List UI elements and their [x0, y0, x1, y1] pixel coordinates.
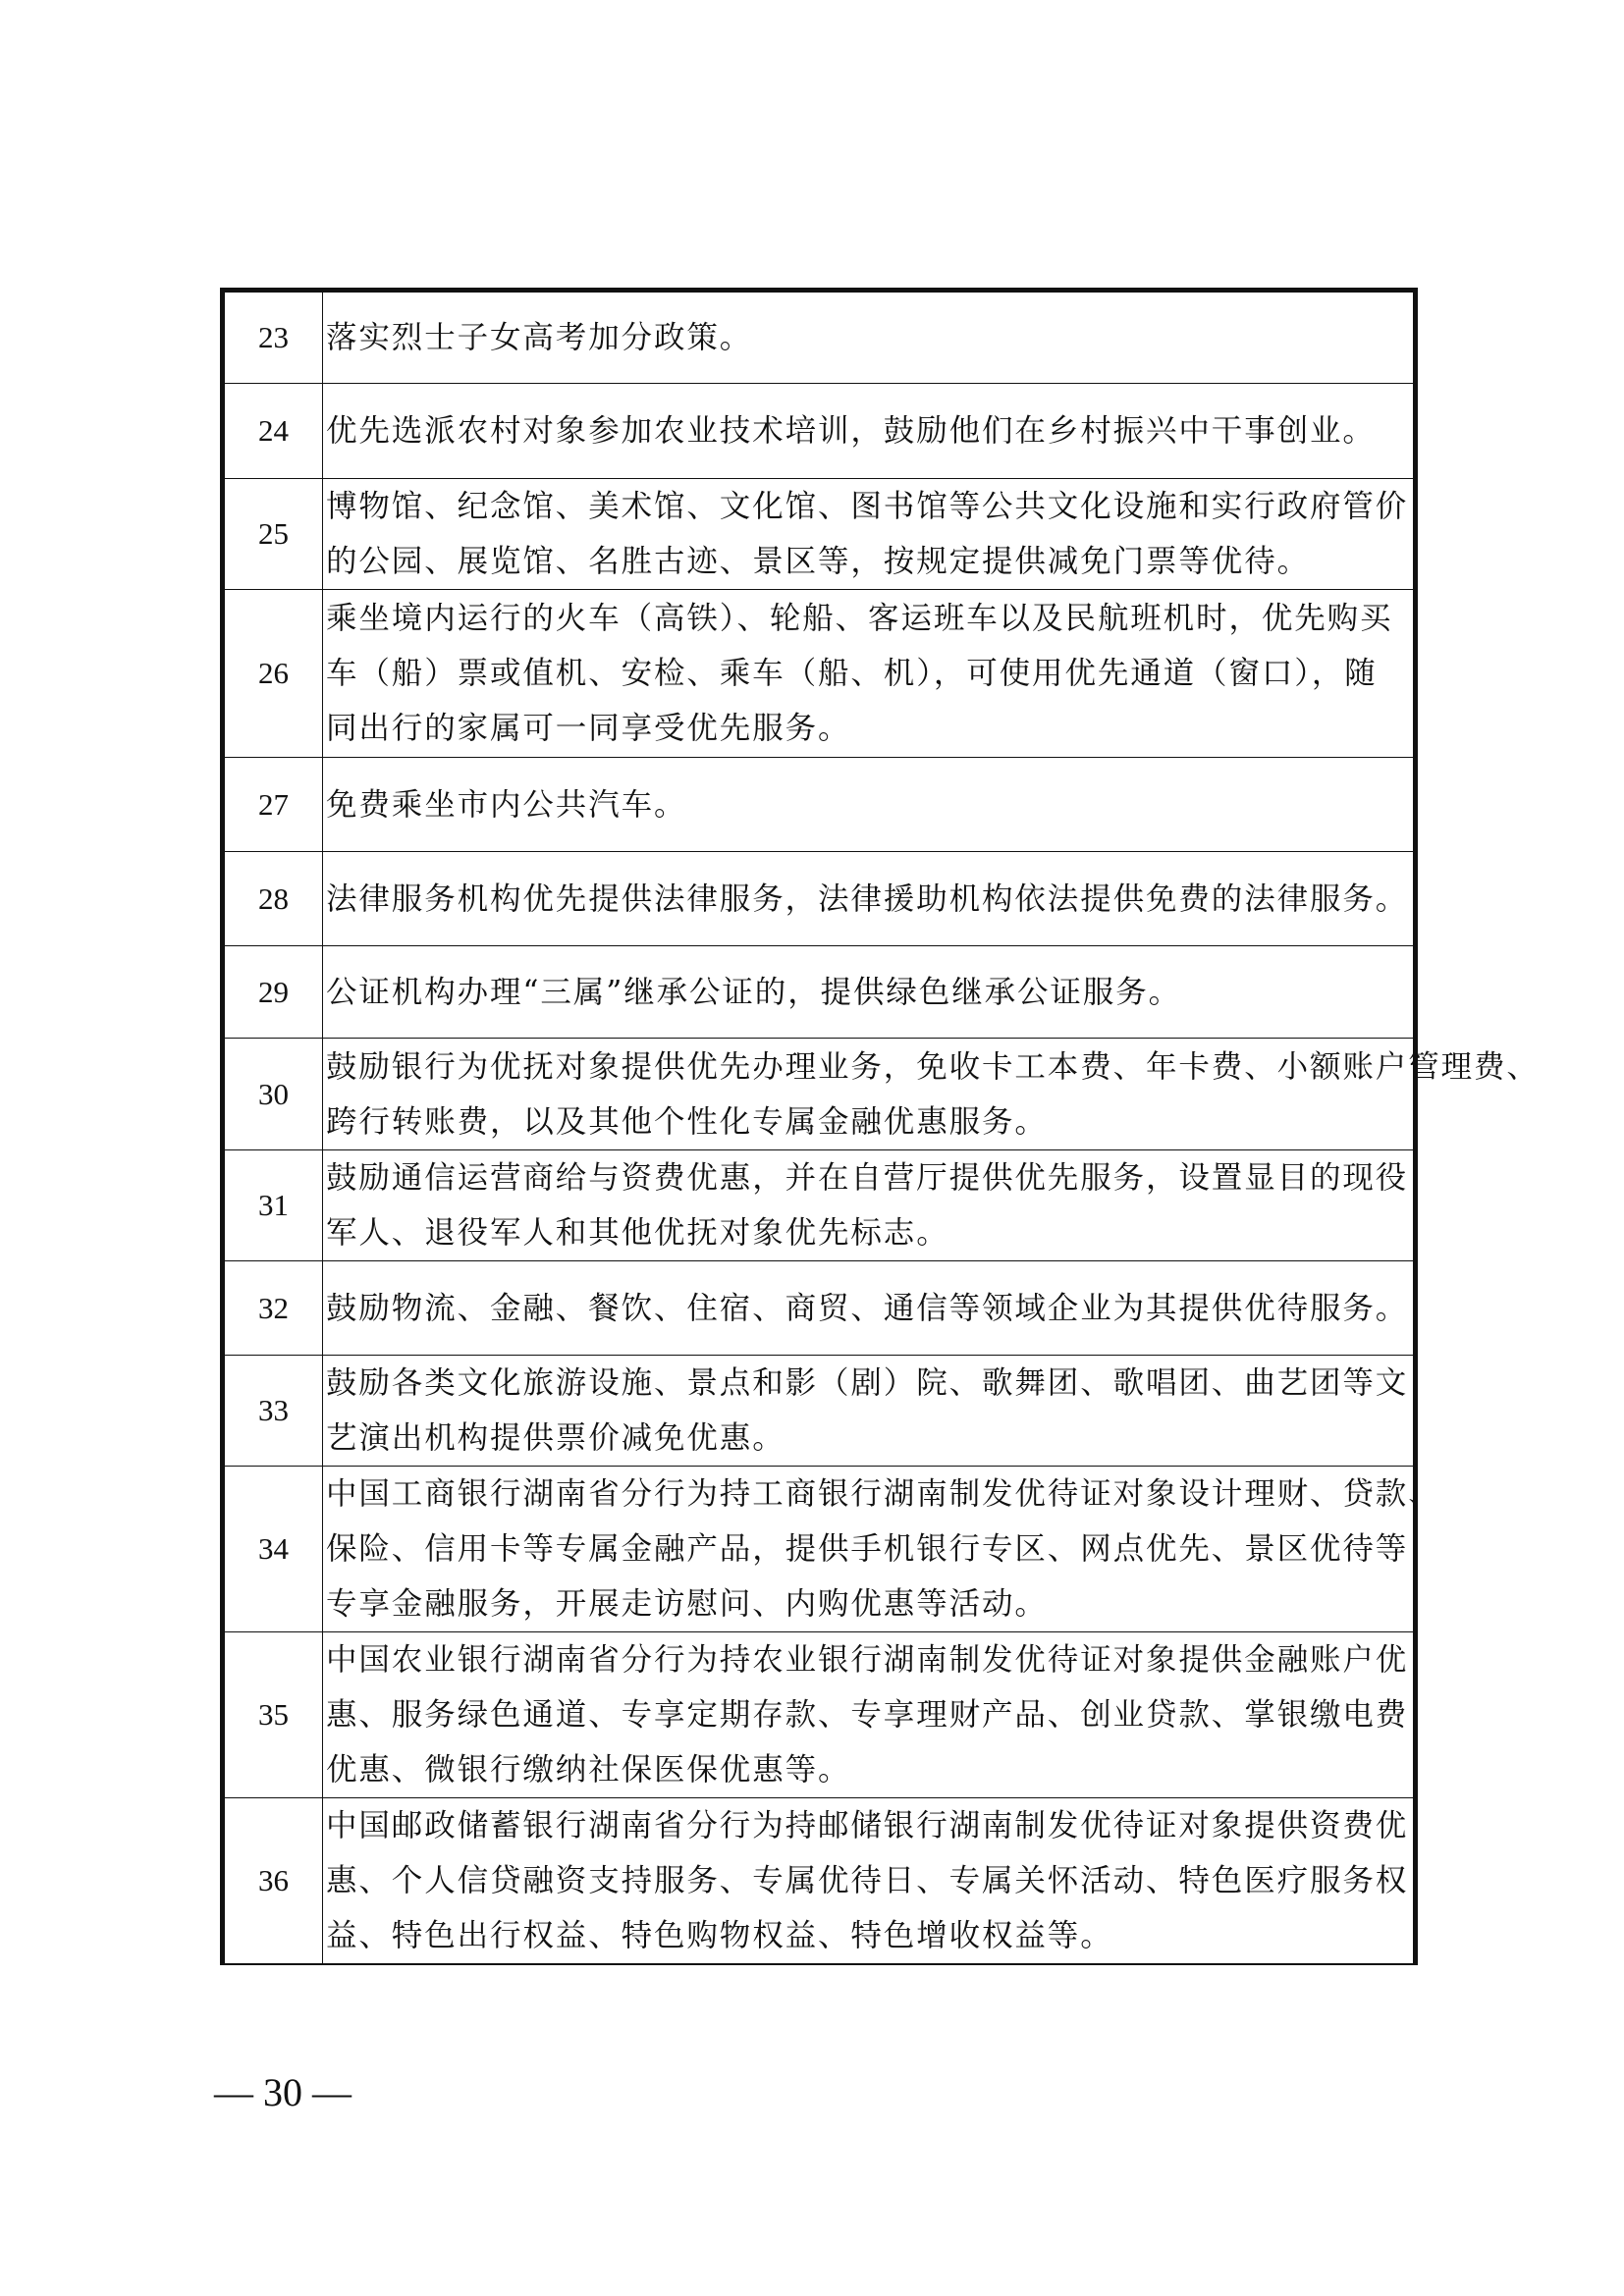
table-row: 33鼓励各类文化旅游设施、景点和影（剧）院、歌舞团、歌唱团、曲艺团等文艺演出机构…	[223, 1356, 1416, 1467]
description-line: 优先选派农村对象参加农业技术培训，鼓励他们在乡村振兴中干事创业。	[326, 403, 1413, 458]
item-description: 中国农业银行湖南省分行为持农业银行湖南制发优待证对象提供金融账户优惠、服务绿色通…	[323, 1632, 1416, 1798]
table-row: 34中国工商银行湖南省分行为持工商银行湖南制发优待证对象设计理财、贷款、保险、信…	[223, 1467, 1416, 1632]
description-line: 中国工商银行湖南省分行为持工商银行湖南制发优待证对象设计理财、贷款、	[326, 1467, 1413, 1522]
description-line: 惠、服务绿色通道、专享定期存款、专享理财产品、创业贷款、掌银缴电费	[326, 1687, 1413, 1742]
description-line: 专享金融服务，开展走访慰问、内购优惠等活动。	[326, 1576, 1413, 1631]
item-number: 31	[223, 1150, 323, 1261]
table-row: 29公证机构办理“三属”继承公证的，提供绿色继承公证服务。	[223, 946, 1416, 1039]
table-row: 32鼓励物流、金融、餐饮、住宿、商贸、通信等领域企业为其提供优待服务。	[223, 1261, 1416, 1356]
item-description: 鼓励通信运营商给与资费优惠，并在自营厅提供优先服务，设置显目的现役军人、退役军人…	[323, 1150, 1416, 1261]
table-body: 23落实烈士子女高考加分政策。24优先选派农村对象参加农业技术培训，鼓励他们在乡…	[223, 291, 1416, 1965]
item-number: 25	[223, 479, 323, 590]
description-line: 军人、退役军人和其他优抚对象优先标志。	[326, 1205, 1413, 1260]
description-line: 落实烈士子女高考加分政策。	[326, 310, 1413, 365]
page-number: — 30 —	[214, 2069, 352, 2116]
description-line: 保险、信用卡等专属金融产品，提供手机银行专区、网点优先、景区优待等	[326, 1522, 1413, 1576]
item-number: 29	[223, 946, 323, 1039]
item-description: 鼓励各类文化旅游设施、景点和影（剧）院、歌舞团、歌唱团、曲艺团等文艺演出机构提供…	[323, 1356, 1416, 1467]
table-row: 36中国邮政储蓄银行湖南省分行为持邮储银行湖南制发优待证对象提供资费优惠、个人信…	[223, 1798, 1416, 1965]
item-number: 24	[223, 384, 323, 479]
item-description: 中国邮政储蓄银行湖南省分行为持邮储银行湖南制发优待证对象提供资费优惠、个人信贷融…	[323, 1798, 1416, 1965]
item-number: 32	[223, 1261, 323, 1356]
description-line: 鼓励各类文化旅游设施、景点和影（剧）院、歌舞团、歌唱团、曲艺团等文	[326, 1356, 1413, 1411]
description-line: 博物馆、纪念馆、美术馆、文化馆、图书馆等公共文化设施和实行政府管价	[326, 479, 1413, 534]
item-number: 30	[223, 1039, 323, 1150]
benefits-table: 23落实烈士子女高考加分政策。24优先选派农村对象参加农业技术培训，鼓励他们在乡…	[220, 288, 1418, 1965]
description-line: 益、特色出行权益、特色购物权益、特色增收权益等。	[326, 1908, 1413, 1963]
item-number: 34	[223, 1467, 323, 1632]
description-line: 的公园、展览馆、名胜古迹、景区等，按规定提供减免门票等优待。	[326, 534, 1413, 589]
description-line: 中国邮政储蓄银行湖南省分行为持邮储银行湖南制发优待证对象提供资费优	[326, 1798, 1413, 1853]
item-description: 法律服务机构优先提供法律服务，法律援助机构依法提供免费的法律服务。	[323, 852, 1416, 946]
item-description: 优先选派农村对象参加农业技术培训，鼓励他们在乡村振兴中干事创业。	[323, 384, 1416, 479]
item-number: 23	[223, 291, 323, 384]
description-line: 车（船）票或值机、安检、乘车（船、机），可使用优先通道（窗口），随	[326, 646, 1413, 701]
item-number: 28	[223, 852, 323, 946]
item-description: 博物馆、纪念馆、美术馆、文化馆、图书馆等公共文化设施和实行政府管价的公园、展览馆…	[323, 479, 1416, 590]
item-description: 鼓励银行为优抚对象提供优先办理业务，免收卡工本费、年卡费、小额账户管理费、跨行转…	[323, 1039, 1416, 1150]
table-row: 35中国农业银行湖南省分行为持农业银行湖南制发优待证对象提供金融账户优惠、服务绿…	[223, 1632, 1416, 1798]
item-number: 33	[223, 1356, 323, 1467]
description-line: 鼓励物流、金融、餐饮、住宿、商贸、通信等领域企业为其提供优待服务。	[326, 1281, 1413, 1336]
item-description: 中国工商银行湖南省分行为持工商银行湖南制发优待证对象设计理财、贷款、保险、信用卡…	[323, 1467, 1416, 1632]
item-description: 免费乘坐市内公共汽车。	[323, 758, 1416, 852]
description-line: 免费乘坐市内公共汽车。	[326, 777, 1413, 832]
item-description: 公证机构办理“三属”继承公证的，提供绿色继承公证服务。	[323, 946, 1416, 1039]
description-line: 同出行的家属可一同享受优先服务。	[326, 701, 1413, 756]
description-line: 跨行转账费，以及其他个性化专属金融优惠服务。	[326, 1095, 1413, 1149]
item-description: 乘坐境内运行的火车（高铁）、轮船、客运班车以及民航班机时，优先购买车（船）票或值…	[323, 590, 1416, 758]
item-number: 26	[223, 590, 323, 758]
description-line: 乘坐境内运行的火车（高铁）、轮船、客运班车以及民航班机时，优先购买	[326, 591, 1413, 646]
description-line: 公证机构办理“三属”继承公证的，提供绿色继承公证服务。	[326, 965, 1413, 1020]
item-number: 36	[223, 1798, 323, 1965]
table-row: 26乘坐境内运行的火车（高铁）、轮船、客运班车以及民航班机时，优先购买车（船）票…	[223, 590, 1416, 758]
description-line: 优惠、微银行缴纳社保医保优惠等。	[326, 1742, 1413, 1797]
table-row: 24优先选派农村对象参加农业技术培训，鼓励他们在乡村振兴中干事创业。	[223, 384, 1416, 479]
table-row: 27免费乘坐市内公共汽车。	[223, 758, 1416, 852]
item-number: 27	[223, 758, 323, 852]
description-line: 惠、个人信贷融资支持服务、专属优待日、专属关怀活动、特色医疗服务权	[326, 1853, 1413, 1908]
table-row: 30鼓励银行为优抚对象提供优先办理业务，免收卡工本费、年卡费、小额账户管理费、跨…	[223, 1039, 1416, 1150]
description-line: 法律服务机构优先提供法律服务，法律援助机构依法提供免费的法律服务。	[326, 872, 1413, 927]
item-description: 落实烈士子女高考加分政策。	[323, 291, 1416, 384]
description-line: 中国农业银行湖南省分行为持农业银行湖南制发优待证对象提供金融账户优	[326, 1632, 1413, 1687]
table-row: 23落实烈士子女高考加分政策。	[223, 291, 1416, 384]
description-line: 艺演出机构提供票价减免优惠。	[326, 1411, 1413, 1466]
item-description: 鼓励物流、金融、餐饮、住宿、商贸、通信等领域企业为其提供优待服务。	[323, 1261, 1416, 1356]
table-row: 25博物馆、纪念馆、美术馆、文化馆、图书馆等公共文化设施和实行政府管价的公园、展…	[223, 479, 1416, 590]
table-row: 31鼓励通信运营商给与资费优惠，并在自营厅提供优先服务，设置显目的现役军人、退役…	[223, 1150, 1416, 1261]
description-line: 鼓励银行为优抚对象提供优先办理业务，免收卡工本费、年卡费、小额账户管理费、	[326, 1040, 1413, 1095]
description-line: 鼓励通信运营商给与资费优惠，并在自营厅提供优先服务，设置显目的现役	[326, 1150, 1413, 1205]
table-row: 28法律服务机构优先提供法律服务，法律援助机构依法提供免费的法律服务。	[223, 852, 1416, 946]
item-number: 35	[223, 1632, 323, 1798]
